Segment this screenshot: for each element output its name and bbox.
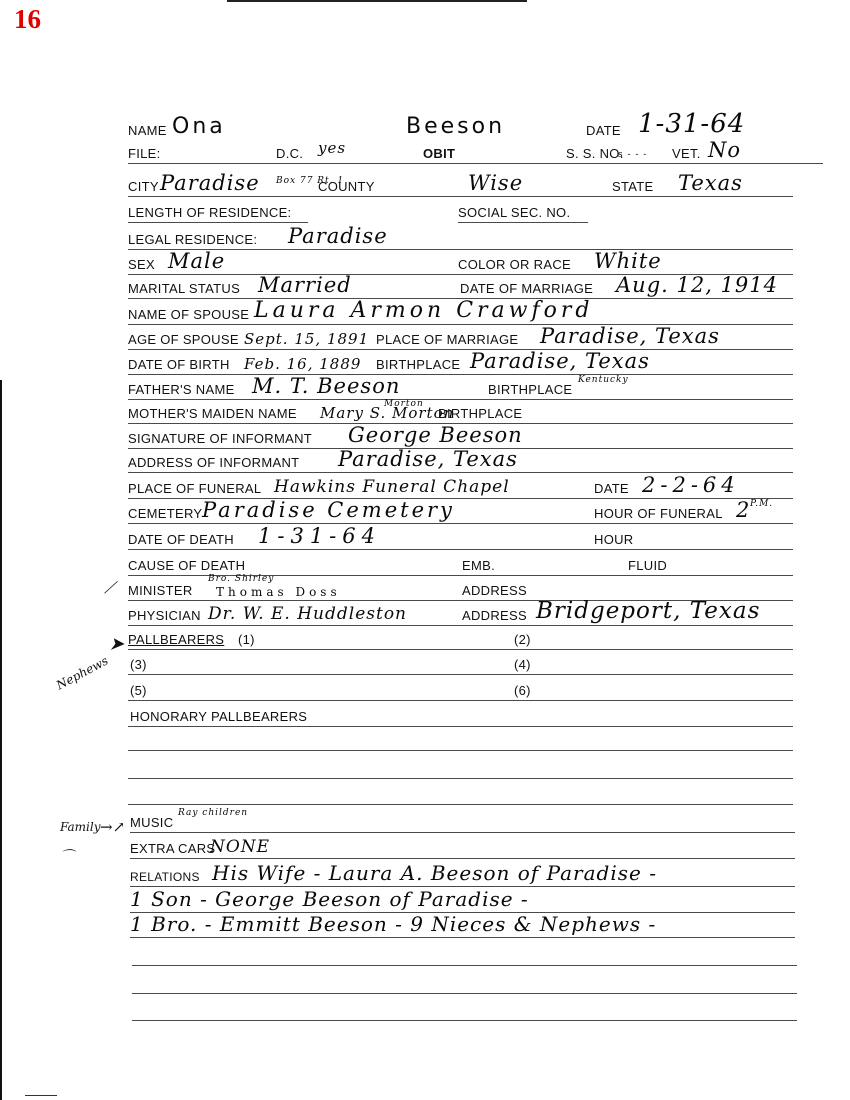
mother-birthplace-label: BIRTHPLACE bbox=[438, 406, 522, 421]
age-of-spouse-label: AGE OF SPOUSE bbox=[128, 332, 239, 347]
color-or-race-value[interactable]: White bbox=[594, 249, 662, 273]
sex-label: SEX bbox=[128, 257, 155, 272]
minister-arrow-icon: ⟋ bbox=[104, 578, 115, 598]
signature-of-informant-label: SIGNATURE OF INFORMANT bbox=[128, 431, 312, 446]
row-date-of-death: DATE OF DEATH 1-31-64 HOUR bbox=[128, 525, 793, 550]
row-pallbearers-3: (5) (6) bbox=[128, 676, 793, 701]
row-informant-address: ADDRESS OF INFORMANT Paradise, Texas bbox=[128, 448, 793, 473]
place-of-funeral-label: PLACE OF FUNERAL bbox=[128, 481, 261, 496]
age-of-spouse-value[interactable]: Sept. 15, 1891 bbox=[244, 330, 369, 348]
pallbearer-slot-2[interactable]: (2) bbox=[514, 632, 531, 647]
row-honorary-pallbearers: HONORARY PALLBEARERS bbox=[128, 702, 793, 727]
row-extra-cars: EXTRA CARS NONE bbox=[130, 834, 795, 859]
mothers-maiden-name-label: MOTHER'S MAIDEN NAME bbox=[128, 406, 297, 421]
extra-cars-mark-icon: ⌒ bbox=[60, 846, 74, 866]
dc-label: D.C. bbox=[276, 146, 303, 161]
row-informant-signature: SIGNATURE OF INFORMANT George Beeson bbox=[128, 424, 793, 449]
row-relations-2: 1 Son - George Beeson of Paradise - bbox=[130, 888, 795, 913]
place-of-marriage-value[interactable]: Paradise, Texas bbox=[540, 324, 720, 348]
row-residence: LENGTH OF RESIDENCE: bbox=[128, 198, 308, 223]
dc-value[interactable]: yes bbox=[318, 139, 346, 157]
vet-value[interactable]: No bbox=[708, 138, 741, 162]
row-legal-residence: LEGAL RESIDENCE: Paradise bbox=[128, 225, 793, 250]
physician-label: PHYSICIAN bbox=[128, 608, 201, 623]
row-relations-3: 1 Bro. - Emmitt Beeson - 9 Nieces & Neph… bbox=[130, 913, 795, 938]
color-or-race-label: COLOR OR RACE bbox=[458, 257, 571, 272]
place-of-funeral-value[interactable]: Hawkins Funeral Chapel bbox=[274, 477, 510, 497]
pallbearer-slot-6[interactable]: (6) bbox=[514, 683, 531, 698]
relations-line-6[interactable] bbox=[132, 996, 797, 1021]
social-sec-label: SOCIAL SEC. NO. bbox=[458, 205, 570, 220]
pallbearer-slot-4[interactable]: (4) bbox=[514, 657, 531, 672]
row-pallbearers-2: (3) (4) bbox=[128, 650, 793, 675]
birthplace-label: BIRTHPLACE bbox=[376, 357, 460, 372]
row-name: NAME Ona Beeson DATE 1-31-64 bbox=[128, 116, 793, 140]
physician-value[interactable]: Dr. W. E. Huddleston bbox=[208, 604, 407, 624]
relations-line-2[interactable]: 1 Son - George Beeson of Paradise - bbox=[130, 887, 529, 911]
date-of-death-value[interactable]: 1-31-64 bbox=[258, 524, 381, 548]
state-label: STATE bbox=[612, 179, 653, 194]
hour-of-funeral-suffix: P.M. bbox=[750, 499, 773, 509]
music-margin-note: Family bbox=[60, 820, 101, 834]
state-value[interactable]: Texas bbox=[678, 171, 743, 195]
vet-label: VET. bbox=[672, 146, 701, 161]
name-of-spouse-value[interactable]: Laura Armon Crawford bbox=[254, 298, 593, 323]
date-value[interactable]: 1-31-64 bbox=[638, 109, 745, 139]
extra-cars-label: EXTRA CARS bbox=[130, 841, 215, 856]
father-birthplace-value[interactable]: Kentucky bbox=[578, 375, 629, 385]
date-of-marriage-value[interactable]: Aug. 12, 1914 bbox=[616, 273, 778, 297]
minister-note: Bro. Shirley bbox=[208, 574, 274, 584]
date-of-marriage-label: DATE OF MARRIAGE bbox=[460, 281, 593, 296]
pallbearer-slot-5[interactable]: (5) bbox=[130, 683, 147, 698]
honorary-pallbearers-label: HONORARY PALLBEARERS bbox=[130, 709, 307, 724]
row-social-sec: SOCIAL SEC. NO. bbox=[458, 198, 588, 223]
music-value[interactable]: Ray children bbox=[178, 808, 248, 818]
relations-line-1[interactable]: His Wife - Laura A. Beeson of Paradise - bbox=[212, 861, 657, 885]
physician-address-value[interactable]: Bridgeport, Texas bbox=[536, 598, 760, 624]
row-sex: SEX Male COLOR OR RACE White bbox=[128, 250, 793, 275]
row-cause-of-death: CAUSE OF DEATH EMB. FLUID bbox=[128, 551, 793, 576]
fathers-name-label: FATHER'S NAME bbox=[128, 382, 235, 397]
relations-line-5[interactable] bbox=[132, 969, 797, 994]
ss-no-label: S. S. NO. bbox=[566, 146, 624, 161]
cemetery-value[interactable]: Paradise Cemetery bbox=[202, 498, 455, 522]
legal-residence-label: LEGAL RESIDENCE: bbox=[128, 232, 257, 247]
row-mother: MOTHER'S MAIDEN NAME Mary S. Morton Mort… bbox=[128, 399, 793, 424]
scan-mark bbox=[25, 1095, 57, 1096]
row-relations-1: RELATIONS His Wife - Laura A. Beeson of … bbox=[130, 862, 795, 887]
physician-address-label: ADDRESS bbox=[462, 608, 527, 623]
extra-cars-value[interactable]: NONE bbox=[210, 837, 270, 857]
row-spouse: NAME OF SPOUSE Laura Armon Crawford bbox=[128, 300, 793, 325]
relations-label: RELATIONS bbox=[130, 870, 200, 884]
mothers-maiden-name-note: Morton bbox=[384, 399, 424, 409]
row-cemetery: CEMETERY Paradise Cemetery HOUR OF FUNER… bbox=[128, 499, 793, 524]
file-label: FILE: bbox=[128, 146, 161, 161]
relations-line-3[interactable]: 1 Bro. - Emmitt Beeson - 9 Nieces & Neph… bbox=[130, 912, 656, 936]
row-age-of-spouse: AGE OF SPOUSE Sept. 15, 1891 PLACE OF MA… bbox=[128, 325, 793, 350]
marital-status-label: MARITAL STATUS bbox=[128, 281, 240, 296]
pallbearer-slot-3[interactable]: (3) bbox=[130, 657, 147, 672]
date-label: DATE bbox=[586, 123, 621, 138]
minister-label: MINISTER bbox=[128, 583, 193, 598]
scan-edge bbox=[227, 0, 527, 2]
cemetery-label: CEMETERY bbox=[128, 506, 202, 521]
signature-of-informant-value[interactable]: George Beeson bbox=[348, 423, 523, 447]
hour-of-funeral-label: HOUR OF FUNERAL bbox=[594, 506, 723, 521]
place-of-marriage-label: PLACE OF MARRIAGE bbox=[376, 332, 518, 347]
row-pallbearers-1: PALLBEARERS (1) (2) bbox=[128, 625, 793, 650]
ss-no-value[interactable]: s - - - bbox=[618, 150, 647, 160]
row-father: FATHER'S NAME M. T. Beeson BIRTHPLACE Ke… bbox=[128, 375, 793, 400]
emb-label: EMB. bbox=[462, 558, 495, 573]
date-of-birth-value[interactable]: Feb. 16, 1889 bbox=[244, 355, 361, 373]
name-first-value[interactable]: Ona bbox=[172, 114, 226, 139]
date-of-death-label: DATE OF DEATH bbox=[128, 532, 234, 547]
honorary-line-2[interactable] bbox=[128, 726, 793, 751]
row-physician: PHYSICIAN Dr. W. E. Huddleston ADDRESS B… bbox=[128, 601, 793, 626]
row-marital: MARITAL STATUS Married DATE OF MARRIAGE … bbox=[128, 274, 793, 299]
music-arrow-icon: →↗ bbox=[100, 818, 125, 836]
cause-of-death-label: CAUSE OF DEATH bbox=[128, 558, 245, 573]
relations-line-4[interactable] bbox=[132, 941, 797, 966]
name-label: NAME bbox=[128, 123, 167, 138]
legal-residence-value[interactable]: Paradise bbox=[288, 224, 388, 248]
sex-value[interactable]: Male bbox=[168, 249, 225, 273]
row-file: FILE: D.C. yes OBIT S. S. NO. s - - - VE… bbox=[128, 139, 823, 164]
name-last-value[interactable]: Beeson bbox=[406, 114, 505, 139]
funeral-date-label: DATE bbox=[594, 481, 629, 496]
row-funeral-place: PLACE OF FUNERAL Hawkins Funeral Chapel … bbox=[128, 474, 793, 499]
address-of-informant-value[interactable]: Paradise, Texas bbox=[338, 447, 518, 471]
city-label: CITY bbox=[128, 179, 159, 194]
row-music: MUSIC Ray children bbox=[130, 808, 795, 833]
row-date-of-birth: DATE OF BIRTH Feb. 16, 1889 BIRTHPLACE P… bbox=[128, 350, 793, 375]
obit-label: OBIT bbox=[423, 146, 455, 161]
hour-label: HOUR bbox=[594, 532, 633, 547]
page-number: 16 bbox=[14, 4, 41, 35]
fathers-name-value[interactable]: M. T. Beeson bbox=[252, 374, 400, 398]
row-city: CITY Paradise Box 77 Rt. 1 COUNTY Wise S… bbox=[128, 172, 793, 197]
county-label: COUNTY bbox=[318, 179, 375, 194]
minister-value[interactable]: Thomas Doss bbox=[216, 585, 341, 599]
scan-edge-left bbox=[0, 380, 2, 1100]
county-value[interactable]: Wise bbox=[468, 171, 523, 195]
address-of-informant-label: ADDRESS OF INFORMANT bbox=[128, 455, 299, 470]
length-of-residence-label: LENGTH OF RESIDENCE: bbox=[128, 205, 291, 220]
music-label: MUSIC bbox=[130, 815, 173, 830]
marital-status-value[interactable]: Married bbox=[258, 273, 352, 297]
pallbearers-arrow-icon: ➤ bbox=[110, 634, 123, 653]
father-birthplace-label: BIRTHPLACE bbox=[488, 382, 572, 397]
honorary-line-4[interactable] bbox=[128, 780, 793, 805]
minister-address-label: ADDRESS bbox=[462, 583, 527, 598]
name-of-spouse-label: NAME OF SPOUSE bbox=[128, 307, 249, 322]
fluid-label: FLUID bbox=[628, 558, 667, 573]
birthplace-value[interactable]: Paradise, Texas bbox=[470, 349, 650, 373]
hour-of-funeral-value[interactable]: 2 bbox=[736, 498, 750, 522]
honorary-line-3[interactable] bbox=[128, 754, 793, 779]
pallbearer-slot-1[interactable]: (1) bbox=[238, 632, 255, 647]
pallbearers-margin-note: Nephews bbox=[54, 654, 111, 693]
pallbearers-label: PALLBEARERS bbox=[128, 632, 224, 647]
funeral-date-value[interactable]: 2-2-64 bbox=[642, 473, 740, 497]
date-of-birth-label: DATE OF BIRTH bbox=[128, 357, 230, 372]
city-value[interactable]: Paradise bbox=[160, 171, 260, 195]
